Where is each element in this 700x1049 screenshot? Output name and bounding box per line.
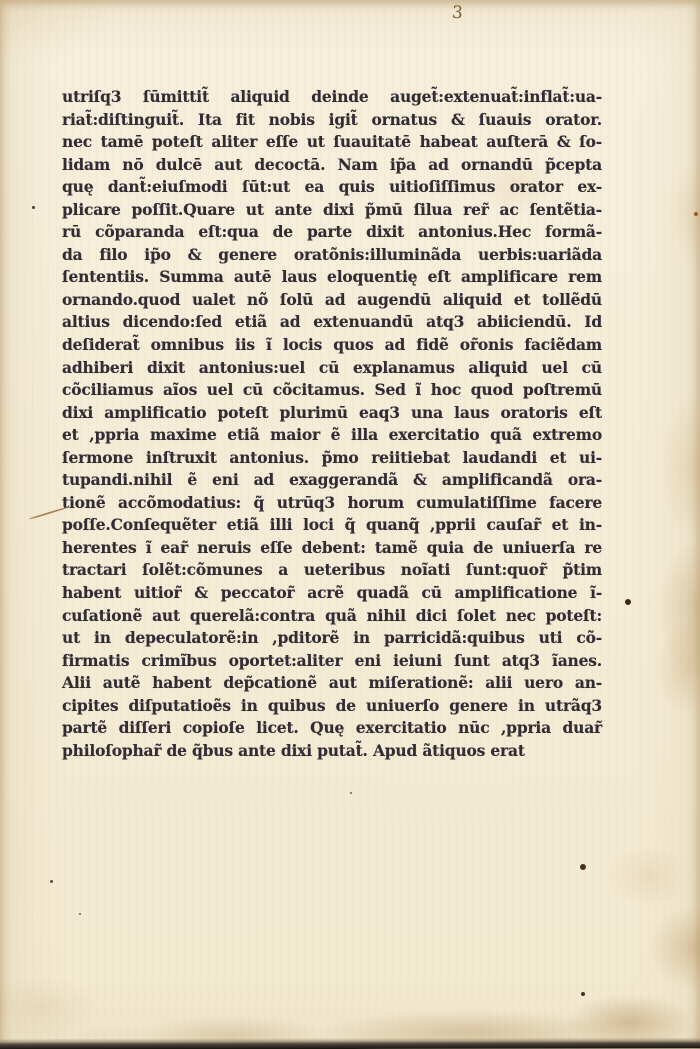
text-line: ſententiis. Summa autē laus eloquentię e… xyxy=(62,266,602,289)
text-line: da filo ip̃o & genere oratõnis:illuminãd… xyxy=(62,244,602,267)
ink-speck xyxy=(580,864,586,870)
text-line: dixi amplificatio poteſt plurimū eaq3 un… xyxy=(62,402,602,425)
text-line: cipites diſputatioẽs in quibus de uniuer… xyxy=(62,695,602,718)
ink-speck xyxy=(32,206,35,209)
text-line: firmatis crimĩbus oportet:aliter eni iei… xyxy=(62,650,602,673)
text-line: cuſationẽ aut querelã:contra quã nihil d… xyxy=(62,605,602,628)
text-line: lidam nō dulcē aut decoctā. Nam ip̃a ad … xyxy=(62,154,602,177)
foxing-dot xyxy=(694,212,698,216)
text-line: tractari ſolẽt:cõmunes a ueteribus noĩat… xyxy=(62,559,602,582)
text-line: tupandi.nihil ẽ eni ad exaggerandã & amp… xyxy=(62,469,602,492)
text-line: ſermone inſtruxit antonius. p̃mo reiitie… xyxy=(62,447,602,470)
text-line: cõciliamus aĩos uel cū cõcitamus. Sed ĩ … xyxy=(62,379,602,402)
text-line: partẽ diſſeri copioſe licet. Quę exercit… xyxy=(62,717,602,740)
ink-speck xyxy=(50,880,53,883)
text-line: poſſe.Conſequẽter etiã illi loci q̃ quan… xyxy=(62,514,602,537)
ink-speck xyxy=(79,913,81,915)
folio-number: 3 xyxy=(451,3,463,24)
text-block: utriſq3 ſūmittit̃ aliquid deinde auget̃:… xyxy=(62,86,602,762)
book-page-scan: 3 utriſq3 ſūmittit̃ aliquid deinde auget… xyxy=(0,0,700,1049)
text-line: riat̃:diſtinguit̃. Ita fit nobis igit̃ o… xyxy=(62,109,602,132)
text-line: altius dicendo:ſed etiã ad extenuandū at… xyxy=(62,311,602,334)
text-line: tionẽ accõmodatius: q̃ utrūq3 horum cumu… xyxy=(62,492,602,515)
ink-speck xyxy=(581,992,585,996)
ink-speck xyxy=(625,599,631,605)
text-line: nec tamē poteſt aliter eſſe ut ſuauitatē… xyxy=(62,131,602,154)
text-line: plicare poſſit.Quare ut ante dixi p̃mū ſ… xyxy=(62,199,602,222)
ink-speck xyxy=(350,792,352,794)
text-line: quę dant̃:eiuſmodi ſūt:ut ea quis uitioſ… xyxy=(62,176,602,199)
text-line: ornando.quod ualet nõ ſolū ad augendū al… xyxy=(62,289,602,312)
text-line: habent uitior̃ & peccator̃ acrẽ quadã cū… xyxy=(62,582,602,605)
text-line: utriſq3 ſūmittit̃ aliquid deinde auget̃:… xyxy=(62,86,602,109)
text-line: rū cõparanda eſt:qua de parte dixit anto… xyxy=(62,221,602,244)
text-line: deſiderat̃ omnibus iis ĩ locis quos ad f… xyxy=(62,334,602,357)
page-bottom-edge xyxy=(0,1037,700,1049)
text-line: adhiberi dixit antonius:uel cū explanamu… xyxy=(62,357,602,380)
text-line: Alii autẽ habent dep̃cationẽ aut miſerat… xyxy=(62,672,602,695)
text-line: philoſophar̃ de q̃bus ante dixi putat̃. … xyxy=(62,740,602,763)
text-line: et ,ppria maxime etiã maior ẽ illa exerc… xyxy=(62,424,602,447)
text-line: herentes ĩ ear̃ neruis eſſe debent: tamẽ… xyxy=(62,537,602,560)
text-line: ut in depeculatorẽ:in ,pditorẽ in parric… xyxy=(62,627,602,650)
